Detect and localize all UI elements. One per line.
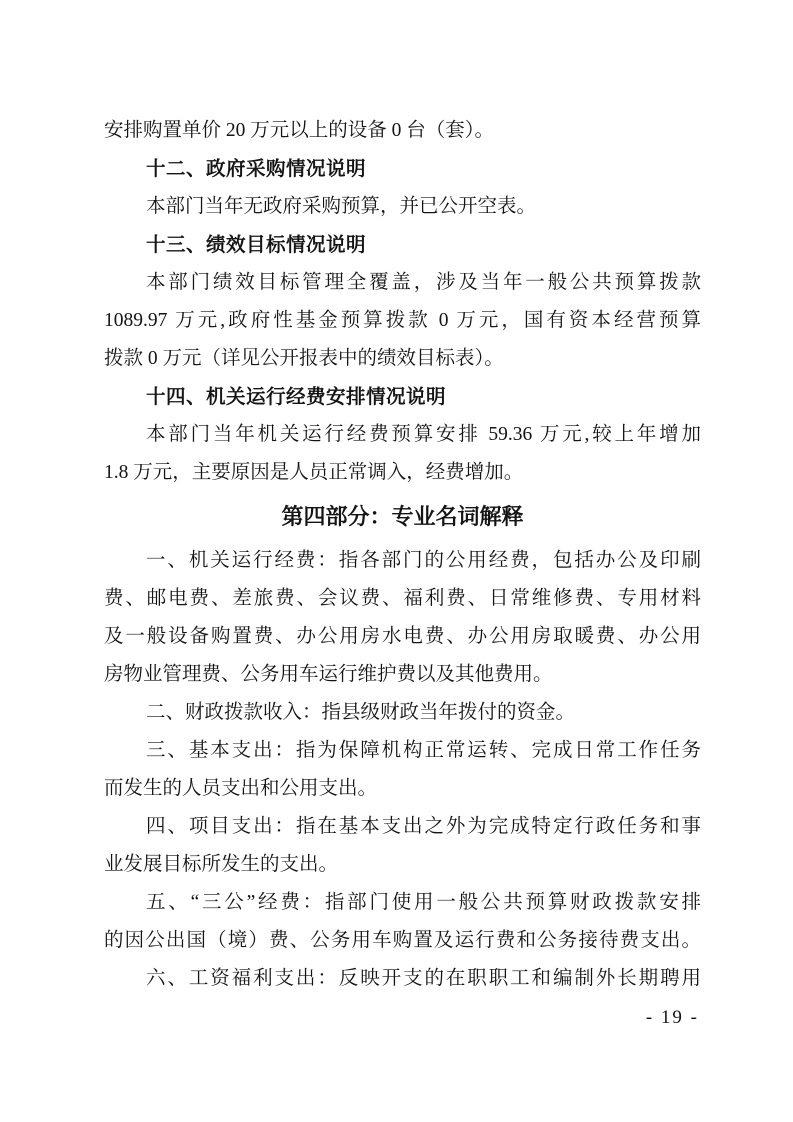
body-line: 四、项目支出：指在基本支出之外为完成特定行政任务和事 (104, 808, 701, 846)
document-page: 安排购置单价 20 万元以上的设备 0 台（套）。十二、政府采购情况说明本部门当… (0, 0, 793, 1122)
body-line: 及一般设备购置费、办公用房水电费、办公用房取暖费、办公用 (104, 618, 701, 656)
body-line: 费、邮电费、差旅费、会议费、福利费、日常维修费、专用材料 (104, 580, 701, 618)
body-line: 六、工资福利支出：反映开支的在职职工和编制外长期聘用 (104, 960, 701, 998)
body-line: 本部门当年机关运行经费预算安排 59.36 万元,较上年增加 (104, 416, 701, 454)
body-line: 一、机关运行经费：指各部门的公用经费，包括办公及印刷 (104, 542, 701, 580)
body-line: 1.8 万元，主要原因是人员正常调入，经费增加。 (104, 454, 701, 492)
document-content: 安排购置单价 20 万元以上的设备 0 台（套）。十二、政府采购情况说明本部门当… (104, 112, 701, 998)
body-line: 二、财政拨款收入：指县级财政当年拨付的资金。 (104, 694, 701, 732)
body-line: 五、“三公”经费：指部门使用一般公共预算财政拨款安排 (104, 884, 701, 922)
body-line: 而发生的人员支出和公用支出。 (104, 770, 701, 808)
body-line: 安排购置单价 20 万元以上的设备 0 台（套）。 (104, 112, 701, 150)
part-title: 第四部分：专业名词解释 (104, 492, 701, 542)
body-line: 1089.97 万元,政府性基金预算拨款 0 万元，国有资本经营预算 (104, 302, 701, 340)
section-heading: 十三、绩效目标情况说明 (104, 226, 701, 264)
body-line: 三、基本支出：指为保障机构正常运转、完成日常工作任务 (104, 732, 701, 770)
page-number: - 19 - (646, 1003, 699, 1033)
section-heading: 十四、机关运行经费安排情况说明 (104, 378, 701, 416)
body-line: 房物业管理费、公务用车运行维护费以及其他费用。 (104, 656, 701, 694)
section-heading: 十二、政府采购情况说明 (104, 150, 701, 188)
body-line: 本部门绩效目标管理全覆盖，涉及当年一般公共预算拨款 (104, 264, 701, 302)
body-line: 拨款 0 万元（详见公开报表中的绩效目标表）。 (104, 340, 701, 378)
body-line: 业发展目标所发生的支出。 (104, 846, 701, 884)
body-line: 本部门当年无政府采购预算，并已公开空表。 (104, 188, 701, 226)
body-line: 的因公出国（境）费、公务用车购置及运行费和公务接待费支出。 (104, 922, 701, 960)
